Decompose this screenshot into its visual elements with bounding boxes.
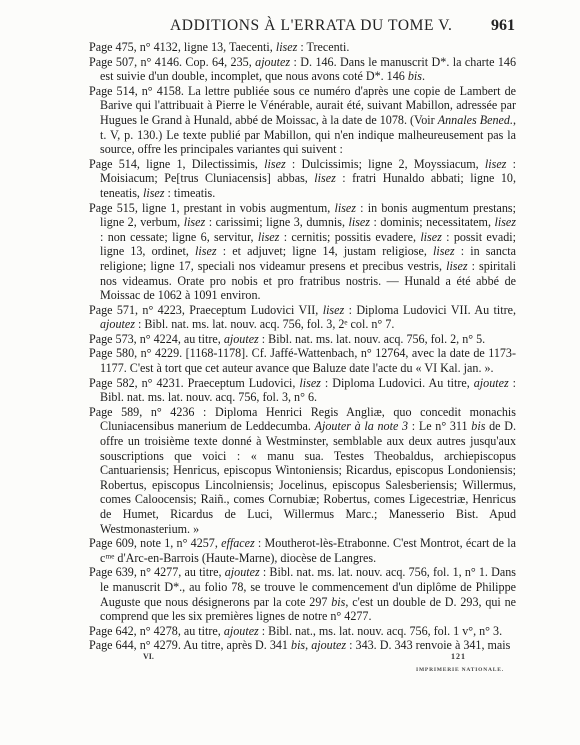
entry-text: Page 580, n° 4229. [1168-1178]. Cf. Jaff…	[89, 346, 516, 375]
entry-text: Page 644, n° 4279. Au titre, après D. 34…	[89, 638, 291, 652]
entry-text: : non cessate; ligne 6, servitur,	[100, 230, 258, 244]
entry-text: Page 514, ligne 1, Dilectissimis,	[89, 157, 264, 171]
italic-term: lisez	[348, 215, 370, 229]
italic-term: lisez	[494, 215, 516, 229]
errata-entry: Page 609, note 1, n° 4257, effacez : Mou…	[89, 536, 516, 565]
entry-text: de D. offre un troisième texte donné à W…	[100, 419, 516, 535]
entry-text: Page 573, n° 4224, au titre,	[89, 332, 224, 346]
entry-text: : cernitis; possitis evadere,	[279, 230, 420, 244]
errata-entry: Page 514, ligne 1, Dilectissimis, lisez …	[89, 157, 516, 201]
italic-term: lisez	[446, 259, 468, 273]
entry-text: : Bibl. nat. ms. lat. nouv. acq. 756, fo…	[259, 332, 485, 346]
entry-text: : Bibl. nat. ms. lat. nouv. acq. 756, fo…	[135, 317, 394, 331]
entry-text: : Le n° 311	[408, 419, 471, 433]
italic-term: lisez	[264, 157, 286, 171]
italic-term: lisez	[195, 244, 217, 258]
entry-text: Page 475, n° 4132, ligne 13, Taecenti,	[89, 40, 276, 54]
italic-term: lisez	[433, 244, 455, 258]
entry-text: : Diploma Ludovici. Au titre,	[321, 376, 474, 390]
entry-text: Page 609, note 1, n° 4257,	[89, 536, 221, 550]
italic-term: lisez	[334, 201, 356, 215]
errata-entry: Page 571, n° 4223, Praeceptum Ludovici V…	[89, 303, 516, 332]
italic-term: Annales Bened.	[438, 113, 513, 127]
entry-text: Page 642, n° 4278, au titre,	[89, 624, 224, 638]
errata-entry: Page 515, ligne 1, prestant in vobis aug…	[89, 201, 516, 303]
errata-entry: Page 475, n° 4132, ligne 13, Taecenti, l…	[89, 40, 516, 55]
entry-text: Page 571, n° 4223, Praeceptum Ludovici V…	[89, 303, 323, 317]
italic-term: bis	[408, 69, 422, 83]
errata-entry: Page 580, n° 4229. [1168-1178]. Cf. Jaff…	[89, 346, 516, 375]
gathering-number: 121	[451, 652, 466, 661]
errata-entry: Page 644, n° 4279. Au titre, après D. 34…	[89, 638, 516, 653]
italic-term: lisez	[299, 376, 321, 390]
entry-text: : et adjuvet; ligne 14, justam religiose…	[217, 244, 433, 258]
entry-text: : carissimi; ligne 3, dumnis,	[205, 215, 348, 229]
errata-entry: Page 589, n° 4236 : Diploma Henrici Regi…	[89, 405, 516, 536]
italic-term: lisez	[143, 186, 165, 200]
italic-term: ajoutez	[255, 55, 290, 69]
italic-term: ajoutez	[311, 638, 346, 652]
book-page: ADDITIONS À L'ERRATA DU TOME V. 961 Page…	[0, 0, 580, 745]
italic-term: ajoutez	[225, 565, 260, 579]
page-number: 961	[491, 17, 515, 35]
italic-term: bis	[291, 638, 305, 652]
entry-text: : dominis; necessitatem,	[370, 215, 494, 229]
errata-entry: Page 573, n° 4224, au titre, ajoutez : B…	[89, 332, 516, 347]
printer-imprint: IMPRIMERIE NATIONALE.	[416, 667, 504, 673]
errata-body: Page 475, n° 4132, ligne 13, Taecenti, l…	[89, 40, 516, 653]
italic-term: effacez	[221, 536, 255, 550]
errata-entry: Page 507, n° 4146. Cop. 64, 235, ajoutez…	[89, 55, 516, 84]
italic-term: lisez	[314, 171, 336, 185]
entry-text: : Trecenti.	[297, 40, 349, 54]
italic-term: lisez	[258, 230, 280, 244]
entry-text: : 343. D. 343 renvoie à 341, mais	[346, 638, 510, 652]
italic-term: lisez	[485, 157, 507, 171]
running-head: ADDITIONS À L'ERRATA DU TOME V. 961	[170, 17, 515, 37]
italic-term: ajoutez	[224, 624, 259, 638]
entry-text: : timeatis.	[165, 186, 216, 200]
italic-term: ajoutez	[474, 376, 509, 390]
entry-text: .	[422, 69, 425, 83]
errata-entry: Page 582, n° 4231. Praeceptum Ludovici, …	[89, 376, 516, 405]
errata-entry: Page 642, n° 4278, au titre, ajoutez : B…	[89, 624, 516, 639]
italic-term: lisez	[420, 230, 442, 244]
italic-term: lisez	[276, 40, 298, 54]
italic-term: bis	[471, 419, 485, 433]
entry-text: Page 515, ligne 1, prestant in vobis aug…	[89, 201, 334, 215]
italic-term: Ajouter à la note 3	[315, 419, 408, 433]
italic-term: ajoutez	[224, 332, 259, 346]
entry-text: : Diploma Ludovici VII. Au titre,	[344, 303, 516, 317]
italic-term: bis	[331, 595, 345, 609]
entry-text: Page 507, n° 4146. Cop. 64, 235,	[89, 55, 255, 69]
entry-text: : Bibl. nat., ms. lat. nouv. acq. 756, f…	[259, 624, 502, 638]
entry-text: Page 639, n° 4277, au titre,	[89, 565, 225, 579]
italic-term: lisez	[323, 303, 345, 317]
page-title: ADDITIONS À L'ERRATA DU TOME V.	[170, 17, 453, 35]
errata-entry: Page 514, n° 4158. La lettre publiée sou…	[89, 84, 516, 157]
entry-text: Page 582, n° 4231. Praeceptum Ludovici,	[89, 376, 299, 390]
errata-entry: Page 639, n° 4277, au titre, ajoutez : B…	[89, 565, 516, 623]
signature-mark: VI.	[143, 652, 154, 661]
entry-text: : Dulcissimis; ligne 2, Moyssiacum,	[286, 157, 485, 171]
italic-term: ajoutez	[100, 317, 135, 331]
italic-term: lisez	[184, 215, 206, 229]
